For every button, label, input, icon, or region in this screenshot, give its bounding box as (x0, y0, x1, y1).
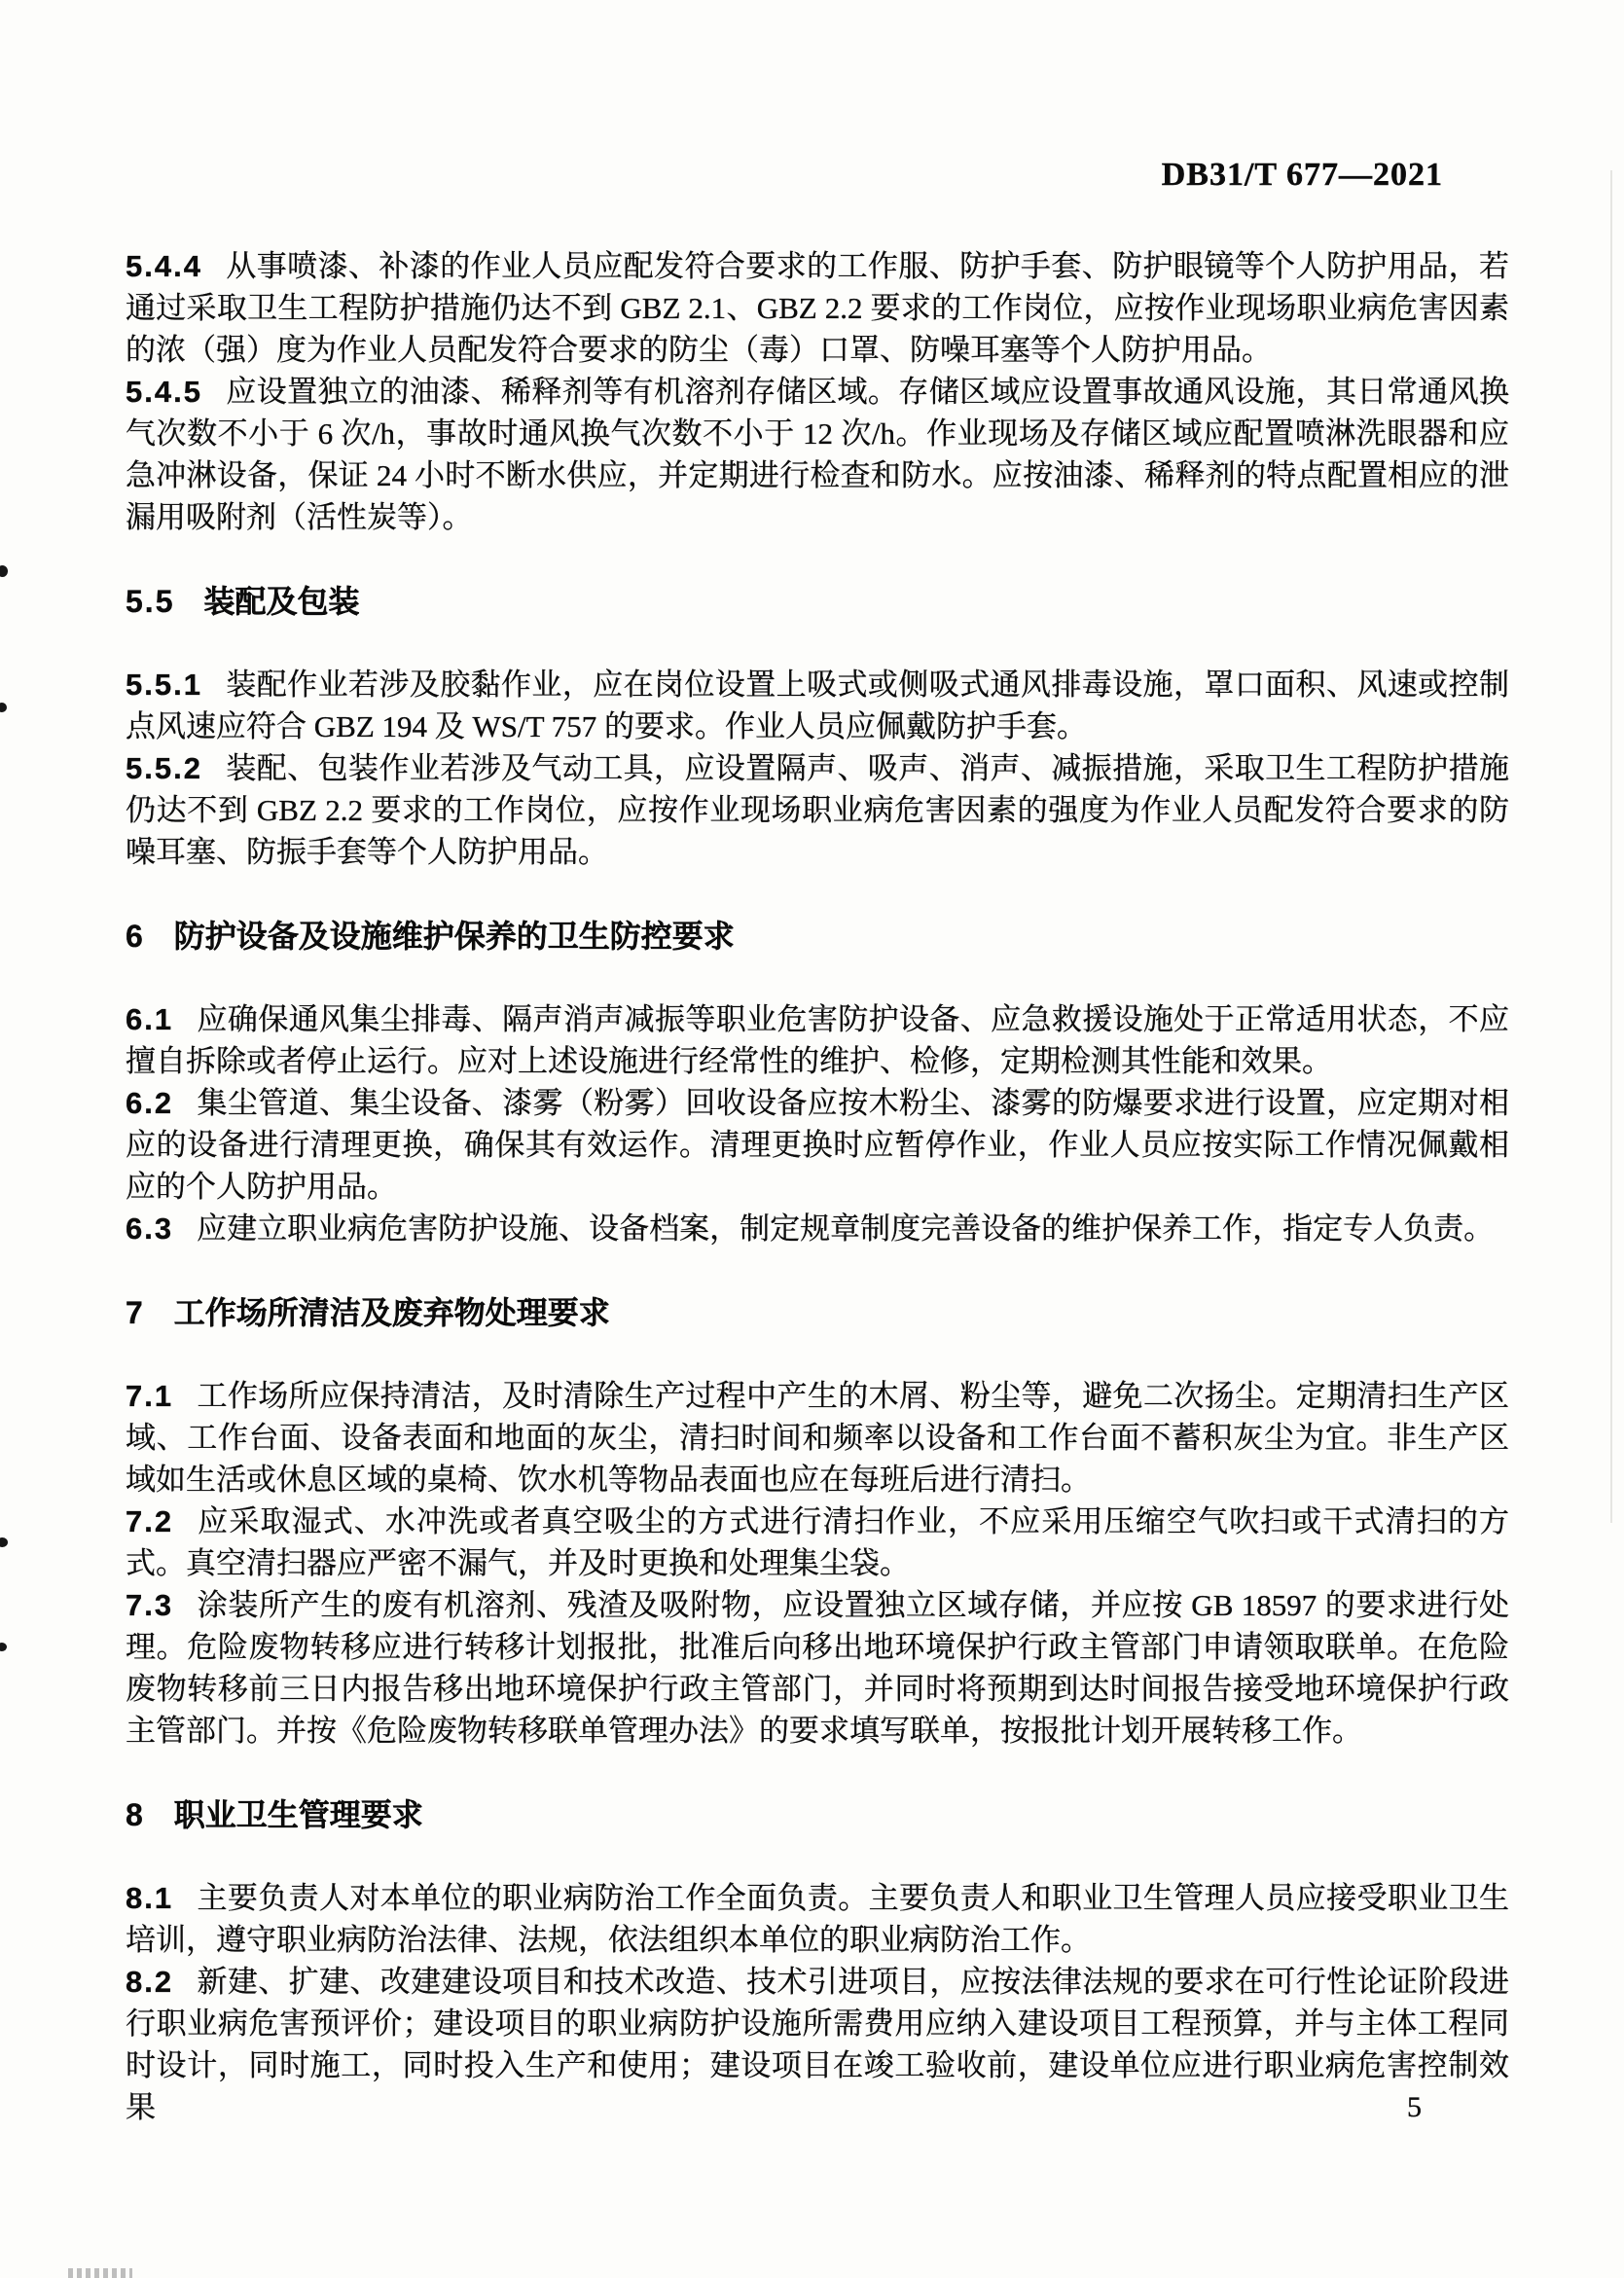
clause-number: 8.1 (126, 1881, 173, 1915)
clause-number: 5.4.5 (126, 375, 202, 409)
heading-text: 工作场所清洁及废弃物处理要求 (174, 1295, 610, 1330)
clause-6-2: 6.2集尘管道、集尘设备、漆雾（粉雾）回收设备应按木粉尘、漆雾的防爆要求进行设置… (126, 1082, 1509, 1208)
heading-text: 职业卫生管理要求 (174, 1797, 423, 1832)
clause-text: 应设置独立的油漆、稀释剂等有机溶剂存储区域。存储区域应设置事故通风设施，其日常通… (126, 375, 1509, 534)
clause-7-1: 7.1工作场所应保持清洁，及时清除生产过程中产生的木屑、粉尘等，避免二次扬尘。定… (126, 1375, 1509, 1501)
clause-number: 5.5.1 (126, 668, 202, 702)
clause-number: 6.2 (126, 1086, 173, 1120)
clause-text: 主要负责人对本单位的职业病防治工作全面负责。主要负责人和职业卫生管理人员应接受职… (126, 1881, 1509, 1957)
clause-text: 集尘管道、集尘设备、漆雾（粉雾）回收设备应按木粉尘、漆雾的防爆要求进行设置，应定… (126, 1086, 1509, 1204)
scan-speck (0, 1537, 8, 1547)
heading-number: 6 (126, 919, 145, 954)
clause-6-1: 6.1应确保通风集尘排毒、隔声消声减振等职业危害防护设备、应急救援设施处于正常适… (126, 998, 1509, 1082)
clause-number: 8.2 (126, 1965, 173, 1999)
scan-speck (0, 565, 8, 577)
heading-number: 7 (126, 1295, 145, 1330)
document-body: 5.4.4从事喷漆、补漆的作业人员应配发符合要求的工作服、防护手套、防护眼镜等个… (126, 245, 1509, 2128)
scan-edge-line (1610, 170, 1612, 1523)
section-heading-6: 6防护设备及设施维护保养的卫生防控要求 (126, 916, 1509, 958)
document-page: DB31/T 677—2021 5.4.4从事喷漆、补漆的作业人员应配发符合要求… (0, 0, 1624, 2278)
clause-5-4-4: 5.4.4从事喷漆、补漆的作业人员应配发符合要求的工作服、防护手套、防护眼镜等个… (126, 245, 1509, 371)
clause-7-3: 7.3涂装所产生的废有机溶剂、残渣及吸附物，应设置独立区域存储，并应按 GB 1… (126, 1584, 1509, 1752)
clause-text: 应建立职业病危害防护设施、设备档案，制定规章制度完善设备的维护保养工作，指定专人… (197, 1211, 1494, 1246)
clause-number: 5.4.4 (126, 249, 202, 283)
section-heading-5-5: 5.5装配及包装 (126, 581, 1509, 623)
clause-6-3: 6.3应建立职业病危害防护设施、设备档案，制定规章制度完善设备的维护保养工作，指… (126, 1208, 1509, 1249)
clause-8-1: 8.1主要负责人对本单位的职业病防治工作全面负责。主要负责人和职业卫生管理人员应… (126, 1877, 1509, 1961)
scan-speck (0, 703, 7, 712)
clause-5-5-2: 5.5.2装配、包装作业若涉及气动工具，应设置隔声、吸声、消声、减振措施，采取卫… (126, 747, 1509, 873)
standard-code-header: DB31/T 677—2021 (1162, 157, 1443, 194)
section-heading-7: 7工作场所清洁及废弃物处理要求 (126, 1292, 1509, 1334)
clause-7-2: 7.2应采取湿式、水冲洗或者真空吸尘的方式进行清扫作业，不应采用压缩空气吹扫或干… (126, 1501, 1509, 1584)
clause-number: 6.1 (126, 1002, 173, 1036)
clause-5-5-1: 5.5.1装配作业若涉及胶黏作业，应在岗位设置上吸式或侧吸式通风排毒设施，罩口面… (126, 664, 1509, 747)
clause-text: 装配、包装作业若涉及气动工具，应设置隔声、吸声、消声、减振措施，采取卫生工程防护… (126, 751, 1509, 869)
clause-number: 6.3 (126, 1211, 173, 1246)
clause-number: 7.3 (126, 1588, 173, 1622)
clause-text: 涂装所产生的废有机溶剂、残渣及吸附物，应设置独立区域存储，并应按 GB 1859… (126, 1588, 1509, 1748)
clause-text: 工作场所应保持清洁，及时清除生产过程中产生的木屑、粉尘等，避免二次扬尘。定期清扫… (126, 1379, 1509, 1497)
clause-number: 5.5.2 (126, 751, 202, 785)
clause-text: 新建、扩建、改建建设项目和技术改造、技术引进项目，应按法律法规的要求在可行性论证… (126, 1965, 1509, 2124)
clause-5-4-5: 5.4.5应设置独立的油漆、稀释剂等有机溶剂存储区域。存储区域应设置事故通风设施… (126, 371, 1509, 538)
clause-text: 应采取湿式、水冲洗或者真空吸尘的方式进行清扫作业，不应采用压缩空气吹扫或干式清扫… (126, 1504, 1509, 1580)
scan-bottom-artifact (68, 2268, 132, 2278)
scan-speck (0, 1643, 7, 1651)
clause-number: 7.2 (126, 1504, 173, 1538)
clause-number: 7.1 (126, 1379, 173, 1413)
page-number: 5 (1407, 2091, 1422, 2124)
section-heading-8: 8职业卫生管理要求 (126, 1794, 1509, 1836)
clause-text: 应确保通风集尘排毒、隔声消声减振等职业危害防护设备、应急救援设施处于正常适用状态… (126, 1002, 1509, 1078)
clause-8-2: 8.2新建、扩建、改建建设项目和技术改造、技术引进项目，应按法律法规的要求在可行… (126, 1961, 1509, 2128)
heading-number: 8 (126, 1797, 145, 1832)
heading-number: 5.5 (126, 584, 174, 619)
heading-text: 防护设备及设施维护保养的卫生防控要求 (174, 919, 735, 954)
clause-text: 装配作业若涉及胶黏作业，应在岗位设置上吸式或侧吸式通风排毒设施，罩口面积、风速或… (126, 668, 1509, 743)
heading-text: 装配及包装 (203, 584, 359, 619)
clause-text: 从事喷漆、补漆的作业人员应配发符合要求的工作服、防护手套、防护眼镜等个人防护用品… (126, 249, 1509, 367)
